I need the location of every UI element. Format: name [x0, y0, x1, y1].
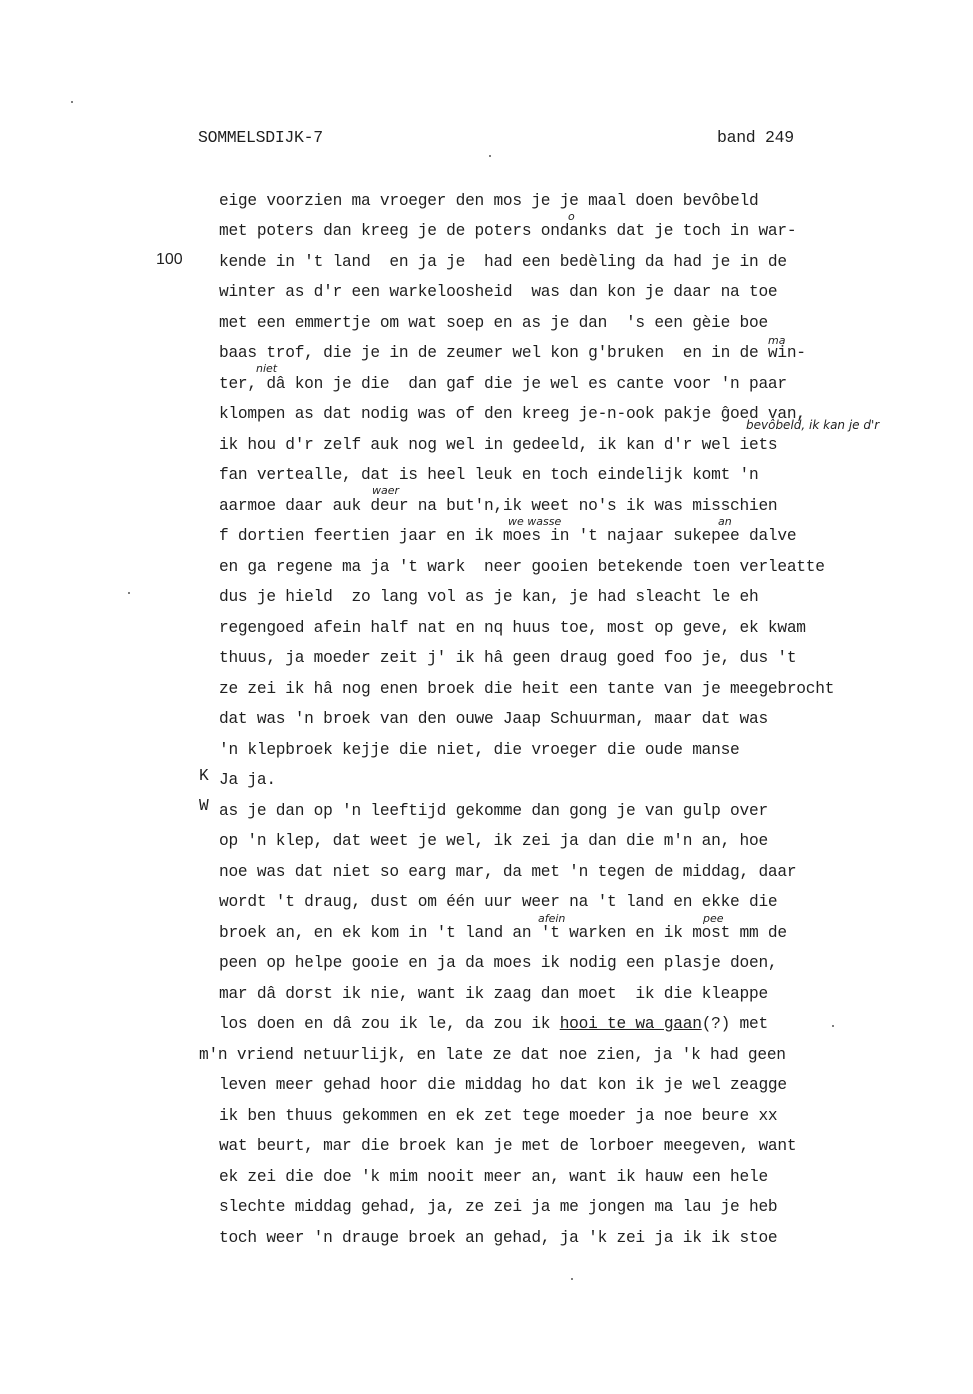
transcript-line: regengoed afein half nat en nq huus toe,… — [219, 618, 806, 638]
transcript-line: klompen as dat nodig was of den kreeg je… — [219, 404, 806, 424]
line-number-marker: 100 — [156, 251, 183, 269]
handwritten-annotation: bevôbeld, ik kan je d'r — [746, 418, 879, 432]
handwritten-annotation: an — [718, 515, 732, 528]
transcript-line: noe was dat niet so earg mar, da met 'n … — [219, 862, 796, 882]
handwritten-annotation: pee — [703, 912, 724, 925]
transcript-line: toch weer 'n drauge broek an gehad, ja '… — [219, 1228, 777, 1248]
transcript-line: met een emmertje om wat soep en as je da… — [219, 313, 768, 333]
handwritten-annotation: afein — [538, 912, 565, 925]
transcript-line: wordt 't draug, dust om één uur weer na … — [219, 892, 777, 912]
speaker-w: W — [199, 797, 209, 815]
handwritten-annotation: we wasse — [508, 515, 561, 528]
transcript-line: eige voorzien ma vroeger den mos je je m… — [219, 191, 758, 211]
document-page: SOMMELSDIJK-7 band 249 100 K W eige voor… — [0, 0, 973, 1394]
transcript-line: as je dan op 'n leeftijd gekomme dan gon… — [219, 801, 768, 821]
scan-speck — [71, 101, 73, 103]
transcript-line: m'n vriend netuurlijk, en late ze dat no… — [199, 1045, 786, 1065]
transcript-line: ze zei ik hâ nog enen broek die heit een… — [219, 679, 834, 699]
transcript-line: Ja ja. — [219, 770, 276, 790]
line-text: los doen en dâ zou ik le, da zou ik — [219, 1015, 560, 1033]
transcript-line: f dortien feertien jaar en ik moes in 't… — [219, 526, 796, 546]
transcript-line: thuus, ja moeder zeit j' ik hâ geen drau… — [219, 648, 796, 668]
handwritten-annotation: waer — [372, 484, 399, 497]
transcript-line: broek an, en ek kom in 't land an 't war… — [219, 923, 787, 943]
transcript-line: ik ben thuus gekommen en ek zet tege moe… — [219, 1106, 777, 1126]
scan-speck — [128, 592, 130, 594]
transcript-line: ik hou d'r zelf auk nog wel in gedeeld, … — [219, 435, 777, 455]
transcript-line: ek zei die doe 'k mim nooit meer an, wan… — [219, 1167, 768, 1187]
transcript-line: ter, dâ kon je die dan gaf die je wel es… — [219, 374, 787, 394]
transcript-line: en ga regene ma ja 't wark neer gooien b… — [219, 557, 825, 577]
transcript-line: 'n klepbroek kejje die niet, die vroeger… — [219, 740, 740, 760]
transcript-line: leven meer gehad hoor die middag ho dat … — [219, 1075, 787, 1095]
transcript-line: kende in 't land en ja je had een bedèli… — [219, 252, 787, 272]
transcript-line: winter as d'r een warkeloosheid was dan … — [219, 282, 777, 302]
transcript-line: peen op helpe gooie en ja da moes ik nod… — [219, 953, 777, 973]
transcript-line: slechte middag gehad, ja, ze zei ja me j… — [219, 1197, 777, 1217]
uncertain-phrase: hooi te wa gaan — [560, 1015, 702, 1033]
transcript-line: fan vertealle, dat is heel leuk en toch … — [219, 465, 758, 485]
scan-speck — [571, 1278, 573, 1280]
handwritten-annotation: niet — [256, 362, 277, 375]
transcript-line: op 'n klep, dat weet je wel, ik zei ja d… — [219, 831, 768, 851]
line-tail: (?) met — [702, 1015, 768, 1033]
speaker-k: K — [199, 767, 209, 785]
transcript-line: wat beurt, mar die broek kan je met de l… — [219, 1136, 796, 1156]
transcript-line: aarmoe daar auk deur na but'n,ik weet no… — [219, 496, 777, 516]
transcript-line: dat was 'n broek van den ouwe Jaap Schuu… — [219, 709, 768, 729]
scan-speck — [832, 1025, 834, 1027]
handwritten-annotation: o — [568, 210, 575, 223]
transcript-line: mar dâ dorst ik nie, want ik zaag dan mo… — [219, 984, 768, 1004]
transcript-line: los doen en dâ zou ik le, da zou ik hooi… — [219, 1014, 768, 1034]
document-code: SOMMELSDIJK-7 — [198, 128, 323, 147]
transcript-line: met poters dan kreeg je de poters ondank… — [219, 221, 796, 241]
handwritten-annotation: ma — [768, 334, 785, 347]
transcript-line: dus je hield zo lang vol as je kan, je h… — [219, 587, 758, 607]
tape-number: band 249 — [717, 128, 794, 147]
scan-speck — [489, 155, 491, 157]
transcript-line: baas trof, die je in de zeumer wel kon g… — [219, 343, 806, 363]
